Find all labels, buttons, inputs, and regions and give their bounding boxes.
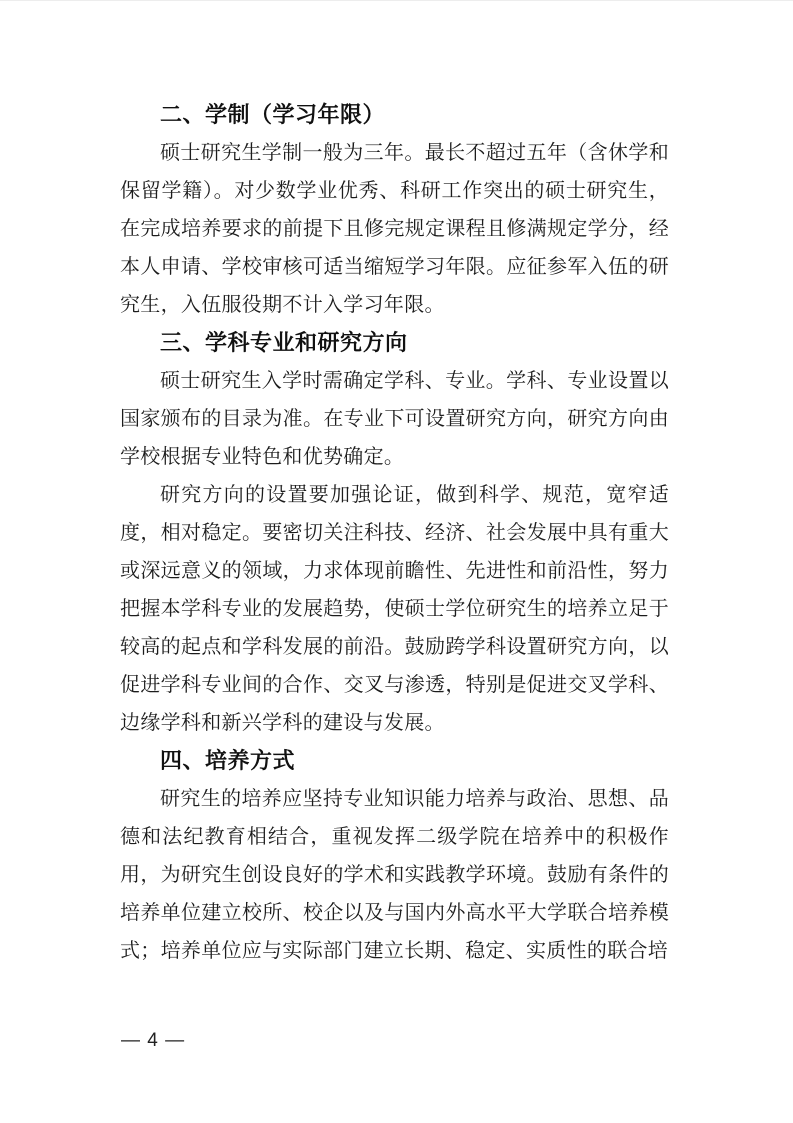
section-xueke-zhuanye: 三、学科专业和研究方向 硕士研究生入学时需确定学科、专业。学科、专业设置以国家颁… [120,324,669,742]
paragraph: 硕士研究生入学时需确定学科、专业。学科、专业设置以国家颁布的目录为准。在专业下可… [120,362,669,476]
section-heading: 三、学科专业和研究方向 [120,324,669,362]
section-heading: 二、学制（学习年限） [120,96,669,134]
section-xuezhi: 二、学制（学习年限） 硕士研究生学制一般为三年。最长不超过五年（含休学和保留学籍… [120,96,669,324]
paragraph: 研究生的培养应坚持专业知识能力培养与政治、思想、品德和法纪教育相结合，重视发挥二… [120,780,669,970]
document-page: 二、学制（学习年限） 硕士研究生学制一般为三年。最长不超过五年（含休学和保留学籍… [0,0,793,1123]
section-heading: 四、培养方式 [120,742,669,780]
paragraph: 硕士研究生学制一般为三年。最长不超过五年（含休学和保留学籍）。对少数学业优秀、科… [120,134,669,324]
document-content: 二、学制（学习年限） 硕士研究生学制一般为三年。最长不超过五年（含休学和保留学籍… [120,96,669,970]
page-number: — 4 — [121,1029,185,1053]
paragraph: 研究方向的设置要加强论证，做到科学、规范，宽窄适度，相对稳定。要密切关注科技、经… [120,476,669,742]
section-peiyang-fangshi: 四、培养方式 研究生的培养应坚持专业知识能力培养与政治、思想、品德和法纪教育相结… [120,742,669,970]
